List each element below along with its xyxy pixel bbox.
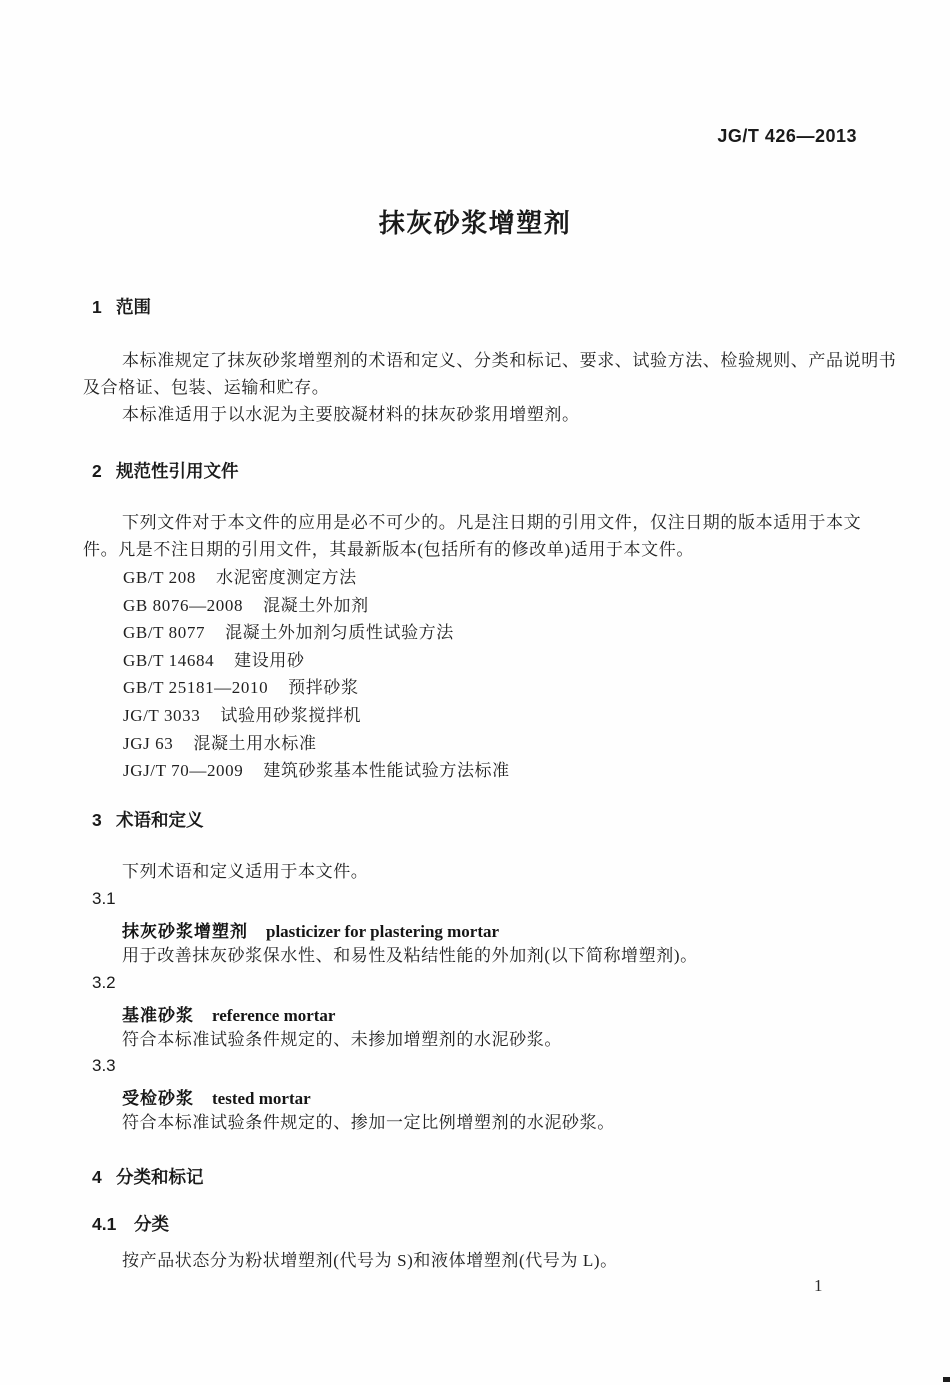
reference-title: 建设用砂 [234, 651, 304, 670]
scope-paragraph-line: 本标准规定了抹灰砂浆增塑剂的术语和定义、分类和标记、要求、试验方法、检验规则、产… [122, 350, 896, 372]
reference-item: GB 8076—2008混凝土外加剂 [123, 591, 510, 619]
term-english: reference mortar [212, 1006, 335, 1025]
reference-code: GB/T 25181—2010 [123, 678, 268, 697]
term-definition: 符合本标准试验条件规定的、未掺加增塑剂的水泥砂浆。 [122, 1029, 562, 1051]
section-heading-scope: 1范围 [92, 294, 151, 319]
reference-title: 预拌砂浆 [288, 678, 358, 697]
scan-artifact-mark [943, 1377, 950, 1382]
term-entry: 受检砂浆tested mortar [122, 1084, 311, 1109]
term-chinese: 受检砂浆 [122, 1089, 194, 1108]
reference-item: GB/T 14684建设用砂 [123, 646, 510, 674]
reference-code: GB/T 14684 [123, 651, 214, 670]
section-number: 2 [92, 461, 116, 482]
section-title: 规范性引用文件 [116, 461, 239, 481]
reference-item: GB/T 8077混凝土外加剂匀质性试验方法 [123, 618, 510, 646]
scope-paragraph-line: 本标准适用于以水泥为主要胶凝材料的抹灰砂浆用增塑剂。 [122, 404, 580, 426]
term-english: tested mortar [212, 1089, 311, 1108]
section-heading-references: 2规范性引用文件 [92, 458, 239, 483]
term-chinese: 基准砂浆 [122, 1006, 194, 1025]
reference-code: JGJ/T 70—2009 [123, 761, 243, 780]
document-title: 抹灰砂浆增塑剂 [0, 203, 950, 240]
reference-title: 建筑砂浆基本性能试验方法标准 [263, 761, 509, 780]
reference-title: 混凝土外加剂 [263, 596, 369, 615]
section-number: 4 [92, 1167, 116, 1188]
section-heading-classification: 4分类和标记 [92, 1164, 204, 1189]
scope-paragraph-line: 及合格证、包装、运输和贮存。 [83, 377, 329, 399]
reference-title: 水泥密度测定方法 [216, 568, 357, 587]
references-intro-line: 件。凡是不注日期的引用文件，其最新版本(包括所有的修改单)适用于本文件。 [83, 539, 694, 561]
subsection-title: 分类 [134, 1214, 169, 1234]
section-number: 1 [92, 297, 116, 318]
terms-intro: 下列术语和定义适用于本文件。 [122, 861, 368, 883]
term-definition: 用于改善抹灰砂浆保水性、和易性及粘结性能的外加剂(以下简称增塑剂)。 [122, 945, 698, 967]
subsection-number: 4.1 [92, 1214, 134, 1235]
reference-item: JGJ 63混凝土用水标准 [123, 729, 510, 757]
term-english: plasticizer for plastering mortar [266, 922, 499, 941]
reference-code: GB 8076—2008 [123, 596, 243, 615]
subsection-heading-classification: 4.1分类 [92, 1211, 169, 1236]
clause-number: 3.3 [92, 1056, 116, 1076]
page-number: 1 [814, 1276, 823, 1296]
reference-item: JGJ/T 70—2009建筑砂浆基本性能试验方法标准 [123, 756, 510, 784]
section-title: 术语和定义 [116, 810, 204, 830]
classification-paragraph: 按产品状态分为粉状增塑剂(代号为 S)和液体增塑剂(代号为 L)。 [122, 1250, 618, 1272]
reference-item: GB/T 208水泥密度测定方法 [123, 563, 510, 591]
term-chinese: 抹灰砂浆增塑剂 [122, 922, 248, 941]
reference-item: GB/T 25181—2010预拌砂浆 [123, 673, 510, 701]
term-definition: 符合本标准试验条件规定的、掺加一定比例增塑剂的水泥砂浆。 [122, 1112, 615, 1134]
reference-code: GB/T 8077 [123, 623, 205, 642]
term-entry: 抹灰砂浆增塑剂plasticizer for plastering mortar [122, 917, 499, 942]
reference-code: JGJ 63 [123, 734, 173, 753]
reference-list: GB/T 208水泥密度测定方法 GB 8076—2008混凝土外加剂 GB/T… [123, 563, 510, 784]
standard-code: JG/T 426—2013 [717, 126, 857, 147]
document-page: JG/T 426—2013 抹灰砂浆增塑剂 1范围 本标准规定了抹灰砂浆增塑剂的… [0, 0, 950, 1385]
clause-number: 3.2 [92, 973, 116, 993]
reference-item: JG/T 3033试验用砂浆搅拌机 [123, 701, 510, 729]
section-title: 范围 [116, 297, 151, 317]
references-intro-line: 下列文件对于本文件的应用是必不可少的。凡是注日期的引用文件，仅注日期的版本适用于… [122, 512, 861, 534]
section-number: 3 [92, 810, 116, 831]
section-heading-terms: 3术语和定义 [92, 807, 204, 832]
reference-title: 混凝土用水标准 [193, 734, 316, 753]
reference-code: JG/T 3033 [123, 706, 200, 725]
term-entry: 基准砂浆reference mortar [122, 1001, 335, 1026]
reference-code: GB/T 208 [123, 568, 196, 587]
reference-title: 试验用砂浆搅拌机 [220, 706, 361, 725]
reference-title: 混凝土外加剂匀质性试验方法 [225, 623, 454, 642]
section-title: 分类和标记 [116, 1167, 204, 1187]
clause-number: 3.1 [92, 889, 116, 909]
